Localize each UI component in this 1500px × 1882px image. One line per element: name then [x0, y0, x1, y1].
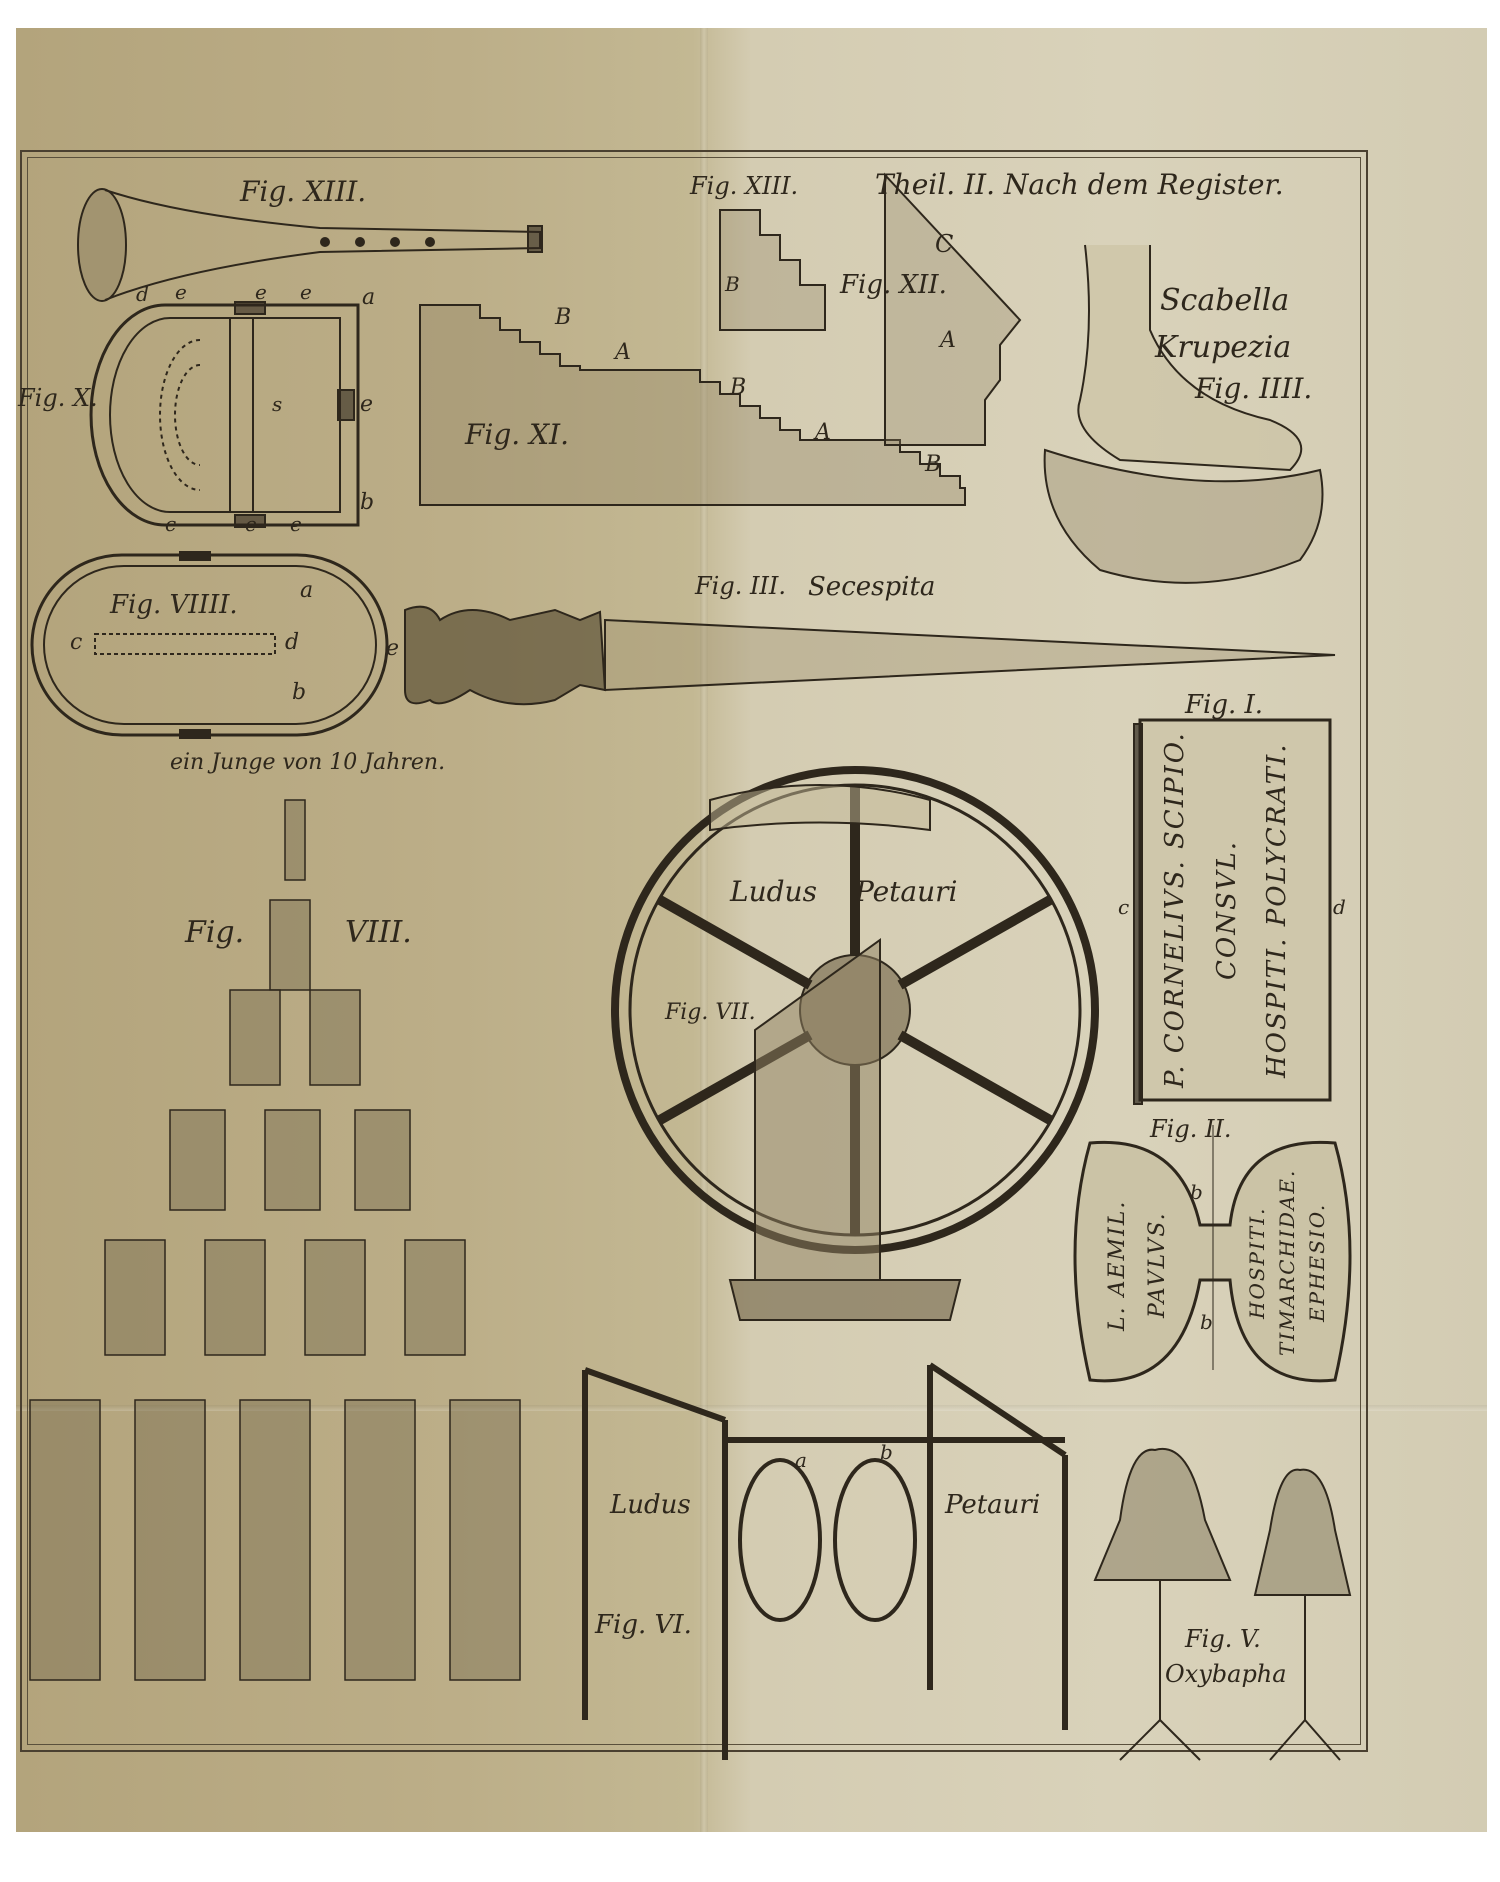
fig4-label: Fig. IIII.	[1195, 372, 1312, 405]
fig4-title-line1: Scabella	[1160, 283, 1289, 318]
fig2-right-line2: TIMARCHIDAE.	[1275, 1150, 1299, 1375]
fig13-steps-label: Fig. XIII.	[690, 172, 798, 200]
fig9-letter-d: d	[285, 630, 299, 655]
fig10-letter-s: s	[272, 392, 282, 416]
fig12-label: Fig. XII.	[840, 270, 947, 300]
fig9-letter-c: c	[70, 630, 82, 655]
fig12-letter-c: C	[935, 230, 953, 258]
fig2-label: Fig. II.	[1150, 1115, 1232, 1143]
fig8-label-right: VIII.	[345, 915, 412, 950]
fig5-oxybapha	[1095, 1449, 1350, 1760]
fig6-letter-a: a	[795, 1448, 807, 1472]
fig11-letter-b3: B	[925, 452, 941, 477]
fig12-letter-a: A	[940, 328, 956, 353]
fig2-left-line2: PAVLVS.	[1145, 1160, 1170, 1370]
fig12-moldings	[720, 175, 1020, 445]
fig6-letter-b: b	[880, 1440, 893, 1464]
fig2-letter-b1: b	[1190, 1180, 1203, 1204]
fig1-line3: HOSPITI. POLYCRATI.	[1262, 730, 1292, 1090]
fig5-title: Oxybapha	[1165, 1660, 1287, 1688]
fig13-trumpet-label: Fig. XIII.	[240, 175, 366, 208]
fig2-right-line3: EPHESIO.	[1305, 1150, 1329, 1375]
fig10-plan	[91, 302, 358, 527]
fig5-label: Fig. V.	[1185, 1625, 1261, 1653]
fig1-line2: CONSVL.	[1212, 730, 1242, 1090]
fig6-title-left: Ludus	[610, 1490, 691, 1520]
fig9-letter-e: e	[386, 636, 399, 661]
fig11-letter-b2: B	[730, 375, 746, 400]
fig6-label: Fig. VI.	[595, 1610, 692, 1640]
fig2-left-line1: L. AEMIL.	[1105, 1160, 1130, 1370]
fig11-letter-a1: A	[615, 340, 631, 365]
fig11-stairs	[420, 305, 965, 505]
fig1-label: Fig. I.	[1185, 690, 1263, 720]
fig1-line1: P. CORNELIVS. SCIPIO.	[1160, 730, 1190, 1090]
fig11-letter-b1: B	[555, 305, 571, 330]
fig3-label: Fig. III.	[695, 572, 786, 600]
fig11-label: Fig. XI.	[465, 418, 569, 451]
fig10-letter-a: a	[362, 285, 375, 310]
fig1-letter-c: c	[1118, 895, 1129, 919]
fig12-letter-b: B	[725, 272, 740, 296]
fig10-letter-e4: e	[245, 512, 257, 536]
fig9-label: Fig. VIIII.	[110, 590, 238, 620]
fig2-letter-b2: b	[1200, 1310, 1213, 1334]
fig10-letter-d: d	[136, 282, 149, 306]
fig1-letter-d: d	[1333, 895, 1346, 919]
fig7-title-right: Petauri	[855, 875, 957, 908]
fig7-label: Fig. VII.	[665, 1000, 756, 1025]
fig8-label-left: Fig.	[185, 915, 244, 950]
fig6-title-right: Petauri	[945, 1490, 1040, 1520]
fig8-human-pyramid	[30, 800, 520, 1680]
fig2-right-line1: HOSPITI.	[1245, 1150, 1269, 1375]
fig9-caption: ein Junge von 10 Jahren.	[170, 750, 445, 775]
fig4-title-line2: Krupezia	[1155, 330, 1291, 365]
plate-header: Theil. II. Nach dem Register.	[875, 168, 1284, 201]
fig10-letter-e3: e	[300, 280, 312, 304]
fig10-letter-b: b	[360, 490, 374, 515]
fig10-letter-e5: e	[290, 512, 302, 536]
fig9-letter-b: b	[292, 680, 306, 705]
fig3-title: Secespita	[808, 572, 935, 602]
fig11-letter-a2: A	[815, 420, 831, 445]
fig9-letter-a: a	[300, 578, 313, 603]
fig10-letter-c: c	[165, 512, 176, 536]
fig7-wheel	[615, 770, 1095, 1320]
fig10-letter-e-right: e	[360, 392, 373, 417]
fig9-oval	[32, 552, 387, 738]
fig10-label: Fig. X.	[18, 384, 98, 412]
fig10-letter-e1: e	[175, 280, 187, 304]
fig6-rings-frame	[585, 1365, 1065, 1760]
fig10-letter-e2: e	[255, 280, 267, 304]
fig7-title-left: Ludus	[730, 875, 817, 908]
